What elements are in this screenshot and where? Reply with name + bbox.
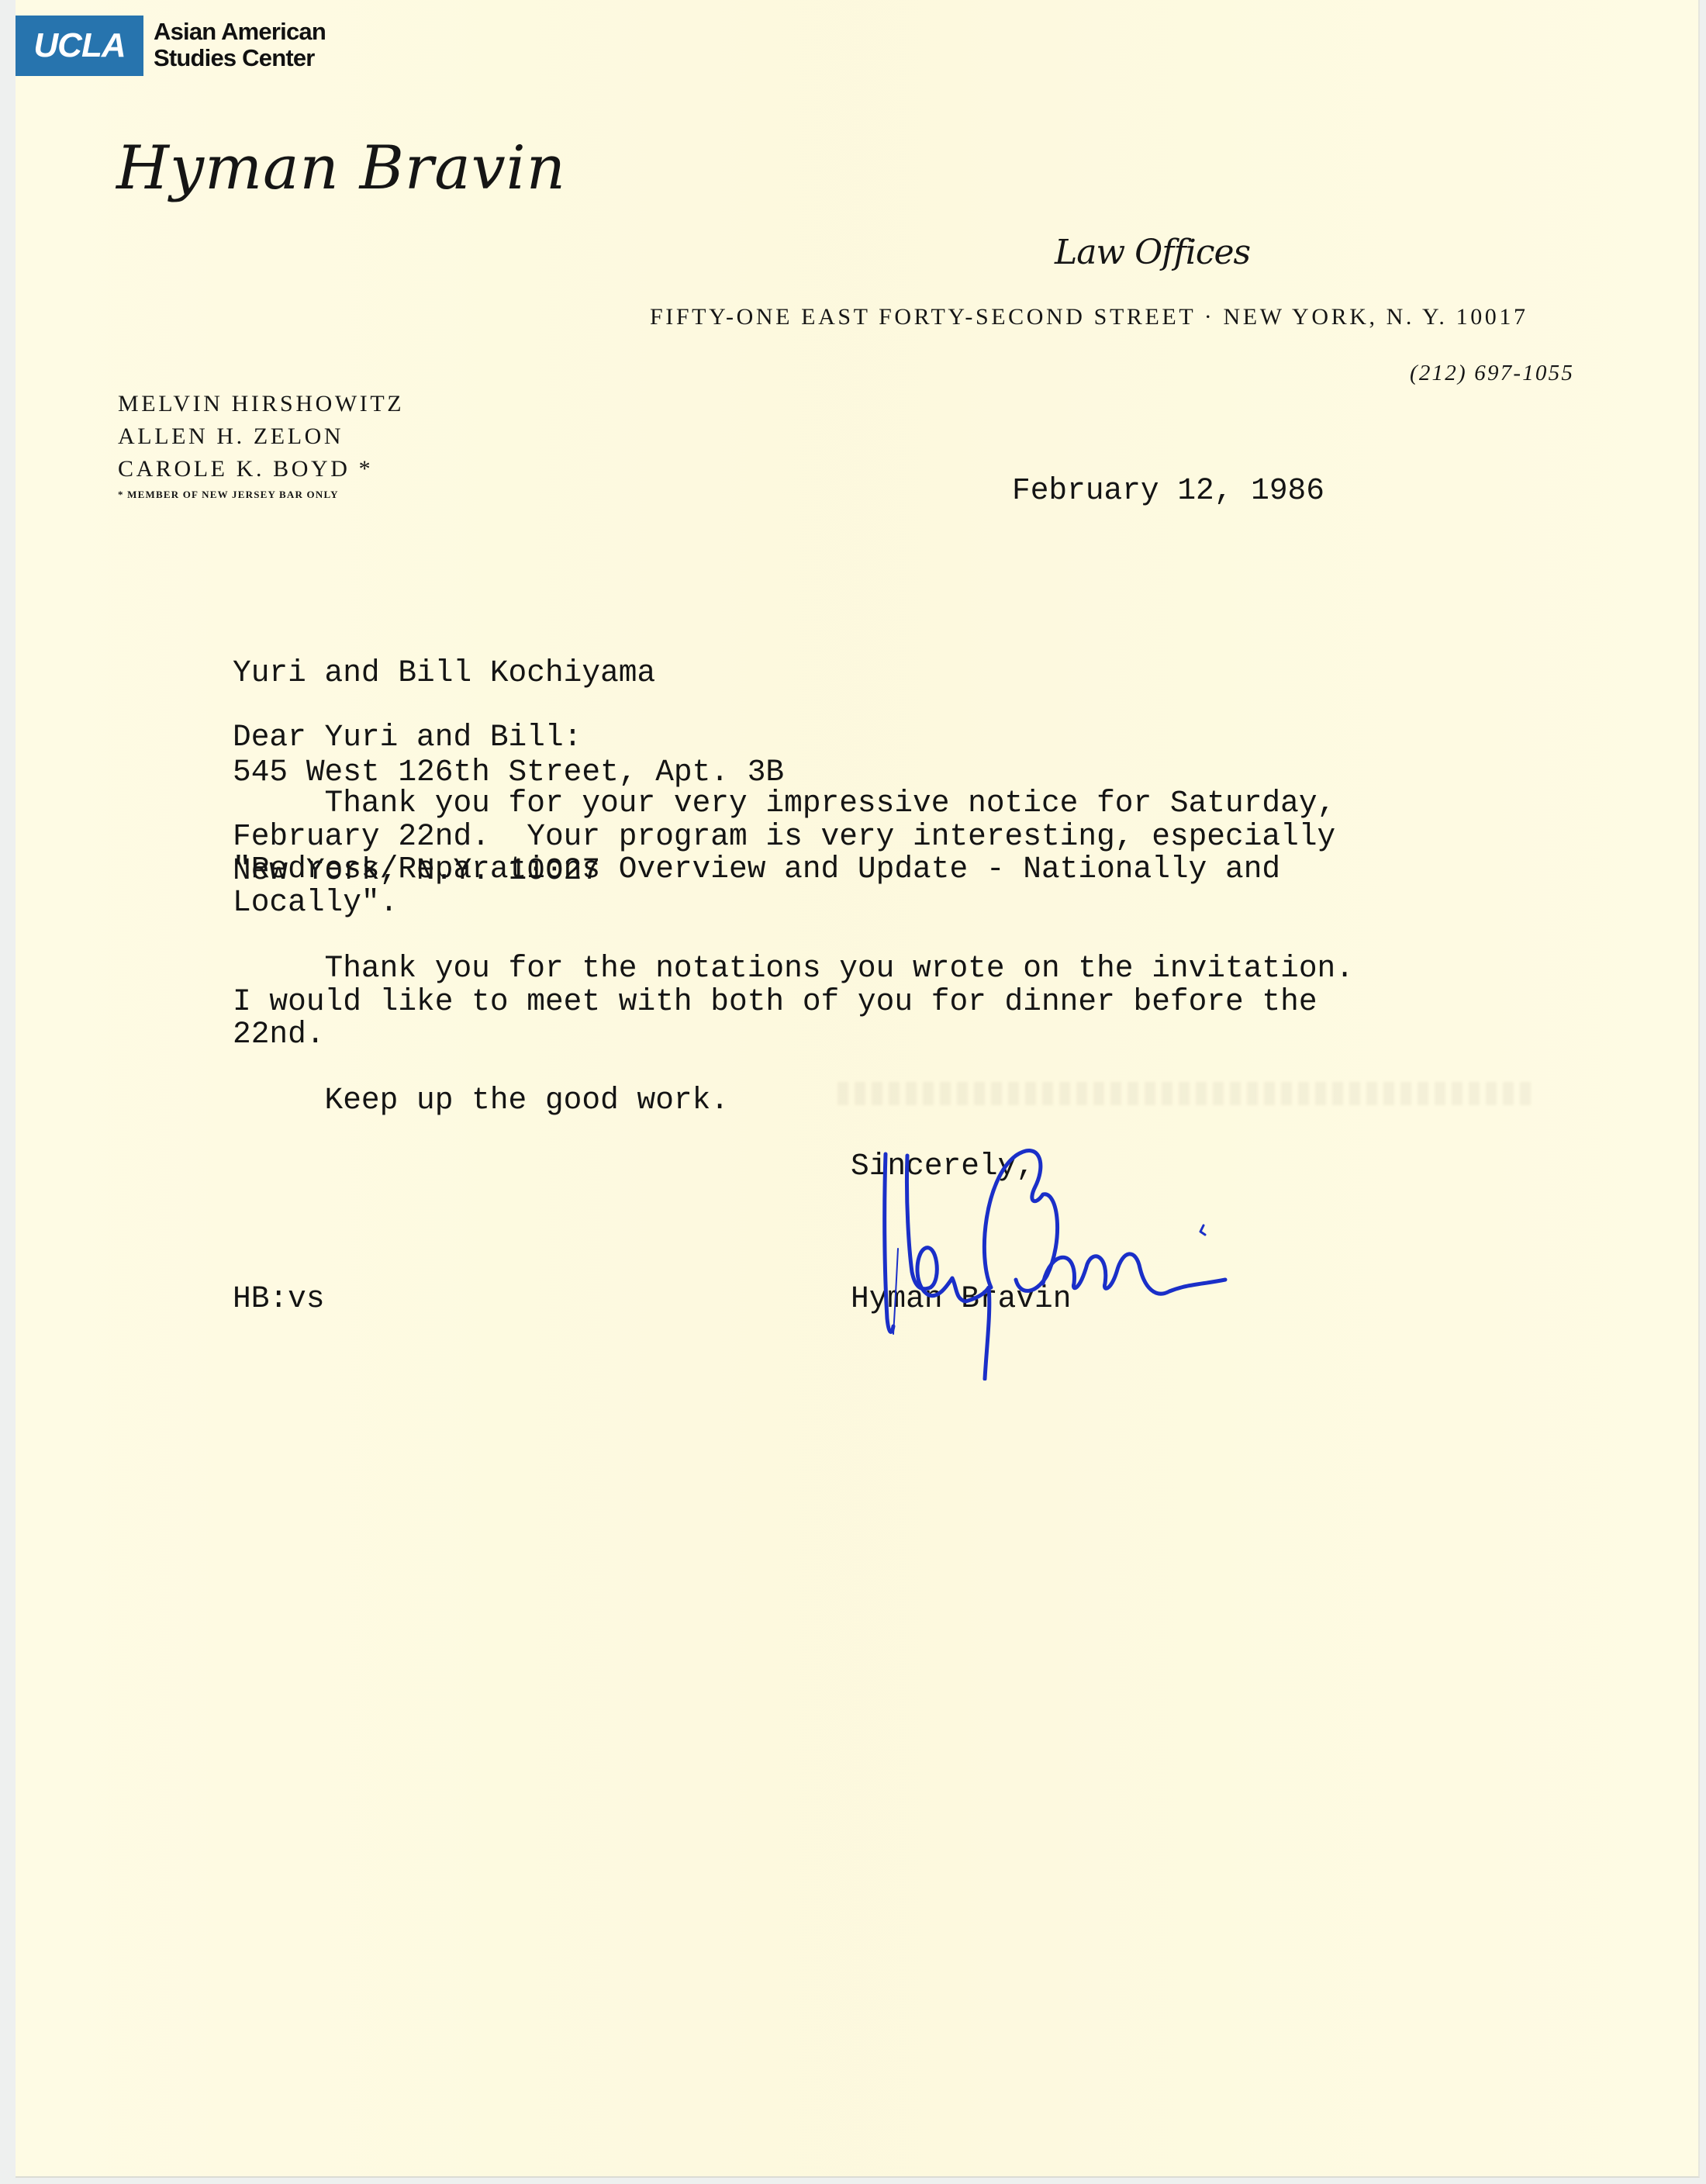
center-name: Asian American Studies Center bbox=[154, 19, 326, 71]
center-name-line-1: Asian American bbox=[154, 19, 326, 45]
salutation: Dear Yuri and Bill: bbox=[233, 721, 582, 755]
bleed-through-mark bbox=[837, 1082, 1535, 1105]
partner-name: ALLEN H. ZELON bbox=[118, 420, 404, 453]
recipient-line: Yuri and Bill Kochiyama bbox=[233, 657, 784, 690]
partner-name: MELVIN HIRSHOWITZ bbox=[118, 388, 404, 420]
recipient-line: 545 West 126th Street, Apt. 3B bbox=[233, 756, 784, 790]
letterhead-name: Hyman Bravin bbox=[116, 133, 566, 203]
handwritten-signature bbox=[861, 1132, 1295, 1381]
center-name-line-2: Studies Center bbox=[154, 45, 326, 71]
body-paragraph: Thank you for the notations you wrote on… bbox=[233, 952, 1354, 1052]
reference-initials: HB:vs bbox=[233, 1283, 325, 1316]
letter-date: February 12, 1986 bbox=[1012, 475, 1324, 508]
partner-footnote: * MEMBER OF NEW JERSEY BAR ONLY bbox=[118, 489, 339, 501]
ucla-logo: UCLA bbox=[16, 16, 143, 76]
body-paragraph: Thank you for your very impressive notic… bbox=[233, 787, 1335, 919]
body-paragraph: Keep up the good work. bbox=[233, 1084, 729, 1118]
letterhead-phone: (212) 697-1055 bbox=[1410, 361, 1574, 386]
partner-name: CAROLE K. BOYD * bbox=[118, 453, 404, 486]
ucla-logo-text: UCLA bbox=[33, 26, 125, 65]
letterhead-address: FIFTY-ONE EAST FORTY-SECOND STREET · NEW… bbox=[650, 304, 1528, 330]
letterhead-subtitle: Law Offices bbox=[1055, 233, 1250, 272]
partner-list: MELVIN HIRSHOWITZ ALLEN H. ZELON CAROLE … bbox=[118, 388, 404, 486]
